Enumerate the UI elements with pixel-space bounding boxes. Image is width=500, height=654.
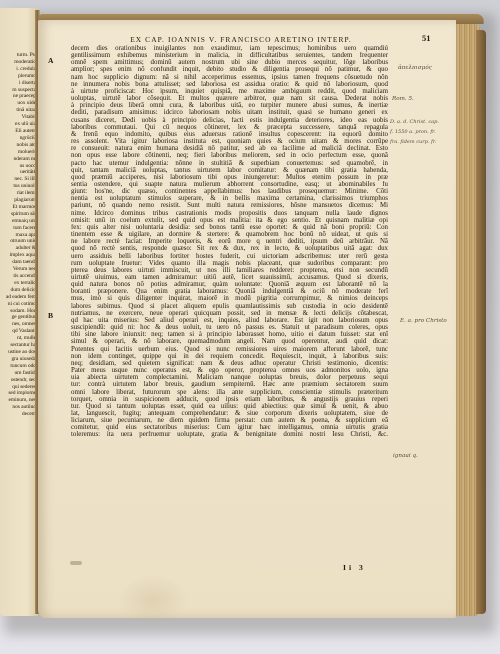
text-line: decem dies orationibus inuigilantes non … — [71, 45, 388, 52]
section-letter-a: A — [48, 56, 53, 65]
text-line: uirtutē uiuimus, eam tamen admiramur: ui… — [71, 274, 388, 281]
text-line: omni labore liberat, futurorum spe alens… — [71, 389, 388, 396]
marginal-note: fra. fidem curp. fr. — [390, 139, 436, 145]
text-line: tur: contrà uirtutem labor breuis, gaudi… — [71, 381, 388, 388]
text-line: nutriamus, ne exercere, neue operari qui… — [71, 310, 388, 317]
text-line: quit, tantam maliciā uoluptas, tantus ui… — [71, 167, 388, 174]
left-page-line: sed implome — [0, 390, 36, 397]
left-page-line: Eli autem — [0, 128, 36, 135]
text-line: quod præmiū acciperes, nisi laboriosum t… — [71, 174, 388, 181]
left-page-line: moderatio — [0, 59, 36, 66]
text-line: Pater meus usque nunc operatus est, & eg… — [71, 367, 388, 374]
left-page-line: i diserta — [0, 80, 36, 87]
text-line: uia abiecta uirtutem complectamini. Mali… — [71, 374, 388, 381]
text-line: pariunt, nō quando nemo resistit. Sunt m… — [71, 202, 388, 209]
text-line: fex: quis alter nisi uoluntaria desidia:… — [71, 224, 388, 231]
text-line: neq; desidiam, sed quietem significat: n… — [71, 360, 388, 367]
left-page-line: us uoco — [0, 163, 36, 170]
text-line: ne labore rectè faciat: Imperite loqueri… — [71, 238, 388, 245]
text-line: quid natura bonos nō potius admiramur, q… — [71, 281, 388, 288]
left-page-line: moluerit — [0, 149, 36, 156]
text-line: Potentes qui facitis uerbum eius. Quod s… — [71, 346, 388, 353]
left-page-line: nderam ne — [0, 156, 36, 163]
text-line: nime. Idcirco dominus tribus castrationi… — [71, 210, 388, 217]
left-page-line: riat ilemi — [0, 190, 36, 197]
text-line: torquet, omnia in suspicionem adducit, q… — [71, 396, 388, 403]
left-page-line: dam taendi — [0, 259, 36, 266]
text-line: giunt: hos'ne, dic quæso, continentes ap… — [71, 188, 388, 195]
text-line: cusans diceret, Dedi uobis à principio d… — [71, 117, 388, 124]
left-page-line: tinā uitaa — [0, 107, 36, 114]
text-line: uoluptas, uirtutē labor cōsequit. Et mul… — [71, 95, 388, 102]
main-text-block: decem dies orationibus inuigilantes non … — [71, 45, 388, 439]
left-page-line: nobis atq — [0, 142, 36, 149]
text-line: dediti, paradisum amisimus: idcirco labo… — [71, 109, 388, 116]
left-page-line: Verum nec — [0, 266, 36, 273]
left-page-line: ngrūciū — [0, 135, 36, 142]
marginal-note: Rom. 5. — [392, 96, 414, 102]
folio-number: 51 — [422, 33, 431, 43]
text-line: lat, languescit, fugitq; antequam compre… — [71, 410, 388, 417]
left-page-line: qui sederes — [0, 384, 36, 391]
text-line: non opus esse labore cōtinenti, neq; fie… — [71, 152, 388, 159]
left-page-line: ne praecep — [0, 93, 36, 100]
text-line: & frenū equo indomito, quibus eius aduer… — [71, 131, 388, 138]
left-page-line: Vitabit — [0, 114, 36, 121]
left-page-line: ad eadem fem — [0, 294, 36, 301]
marginal-note: f. 1550 a. pron. fr. — [390, 129, 436, 135]
text-line: à principio deus liberā omni cura, & lab… — [71, 102, 388, 109]
left-page-line: ostendr, sed — [0, 377, 36, 384]
gathering-signature: Ii 3 — [343, 563, 366, 572]
left-page-line: nt, mulle — [0, 335, 36, 342]
text-line: amplior; spes enim nō confundit inquit, … — [71, 66, 388, 73]
left-page-line: decem — [0, 411, 36, 418]
text-line: gentilissimum exhibemus ministerium in m… — [71, 52, 388, 59]
text-line: non idem continget, quippe qui in dei re… — [71, 353, 388, 360]
text-line: tibi sine labore iniunxit: neq; tamen si… — [71, 331, 388, 338]
text-line: nentia est uoluptatum stimulos superare,… — [71, 195, 388, 202]
left-page-line: plerumq — [0, 73, 36, 80]
left-page-line: emnaiq unt — [0, 218, 36, 225]
text-line: uero assiduis belli laboribus fortiter h… — [71, 253, 388, 260]
left-page-line: tus uniuoli — [0, 183, 36, 190]
text-line: rum uoluptate fruetur: Vides quanto illa… — [71, 260, 388, 267]
left-page-line: uox uide — [0, 100, 36, 107]
left-page-verso: turm. Ps.moderatioi. credulaplerumqi dis… — [0, 8, 38, 616]
left-page-line: turm. Ps. — [0, 52, 36, 59]
left-page-line: nos autilud — [0, 404, 36, 411]
binding-cover-edge — [476, 30, 486, 614]
text-line: mus, imò si quis diligenter inquirat, ma… — [71, 295, 388, 302]
left-page-line: nec. Si ilīt — [0, 176, 36, 183]
section-letter-b: B — [48, 311, 53, 320]
text-line: boranti præponere. Qua enim gratia labor… — [71, 288, 388, 295]
left-page-line: otruum unis — [0, 238, 36, 245]
left-page-line: um fastidi — [0, 370, 36, 377]
left-page-line: ustine ao dos — [0, 349, 36, 356]
left-page-line: tum facere — [0, 225, 36, 232]
text-line: pacto hac utemur indulgentia: nōnne in s… — [71, 160, 388, 167]
left-page-line: ge gentibus — [0, 314, 36, 321]
text-line: res assolent. Vita igitur laboriosa inst… — [71, 138, 388, 145]
text-line: toleremus: ita uera perfruemur uoluptate… — [71, 431, 388, 438]
text-line: pterea deus labores uirtuti immiscuit, u… — [71, 267, 388, 274]
left-page-line: plagiarum — [0, 197, 36, 204]
left-page-line: eminum, nes — [0, 397, 36, 404]
left-page-line: ex terralio — [0, 280, 36, 287]
left-page-text: turm. Ps.moderatioi. credulaplerumqi dis… — [0, 52, 36, 418]
left-page-line: ueritātē — [0, 169, 36, 176]
left-page-line: ni cui cotimo — [0, 301, 36, 308]
text-line: quod nō rectè sentis, responde quæso: Si… — [71, 245, 388, 252]
left-page-line: tuncum odo — [0, 363, 36, 370]
text-line: tur. Quod si tantum uoluptas esset, quid… — [71, 403, 388, 410]
left-page-line: qd Vaslanti — [0, 328, 36, 335]
text-line: qd hac uita miserius: Sed aliud operari … — [71, 317, 388, 324]
left-page-line: tis accendi — [0, 273, 36, 280]
text-line: liciarum, siue pecuniarum, ne diem quide… — [71, 417, 388, 424]
left-page-line: adulter & — [0, 245, 36, 252]
text-line: omnē spem amittimus; dominū autem nostru… — [71, 59, 388, 66]
text-line: laboribus commutaui. Qui cū nequos cōtin… — [71, 124, 388, 131]
text-line: simul & operari, & nō laborare, quemadmo… — [71, 338, 388, 345]
left-page-line: implex aqua — [0, 252, 36, 259]
left-page-line: dum delicio — [0, 287, 36, 294]
text-line: sentia ostendere, qui suapte natura muli… — [71, 181, 388, 188]
left-page-line: spiritum sāt — [0, 211, 36, 218]
text-line: labores subimus. Quod si placet aliquem … — [71, 303, 388, 310]
text-line: comitetur, quid eius sectatoribus miseri… — [71, 424, 388, 431]
running-head: EX CAP. IOANNIS V. FRANCISCO ARETINO INT… — [76, 35, 406, 44]
marginal-note: E. a. pro Christo — [400, 318, 447, 324]
left-page-line: maxa apa — [0, 232, 36, 239]
left-page-line: nes, omnes — [0, 321, 36, 328]
text-line: omisit: unū in coelum extulit, sed quid … — [71, 217, 388, 224]
left-page-line: sodam. Hoc — [0, 308, 36, 315]
left-page-line: i. credula — [0, 66, 36, 73]
left-page-line: gra uiuseda — [0, 356, 36, 363]
text-line: à uirtute proficiscat: Hoc ipsum, inquie… — [71, 88, 388, 95]
left-page-line: ex ulū uia — [0, 121, 36, 128]
text-line: suscipiendū: quid ni: hoc & deus uoluit,… — [71, 324, 388, 331]
marginal-note: D. a. d. Christ. cap. — [390, 119, 439, 125]
text-line: nam hoc supplicio dignum: nā si nihil ac… — [71, 74, 388, 81]
text-line: tinentem esse & uigilare, an dormire & s… — [71, 231, 388, 238]
text-line: ne innumera nobis bona attulisset; sed l… — [71, 81, 388, 88]
ink-smudge — [70, 561, 82, 565]
paper-stain — [118, 575, 188, 625]
marginal-note: ignaui q. — [393, 453, 418, 459]
marginal-note: ἀπελπισμός — [398, 65, 432, 71]
left-page-line: sectantur ha — [0, 342, 36, 349]
left-page-line: m suspecta — [0, 87, 36, 94]
left-page-line: Et marmos — [0, 204, 36, 211]
text-line: re consueuit: natura enim humana desidiā… — [71, 145, 388, 152]
